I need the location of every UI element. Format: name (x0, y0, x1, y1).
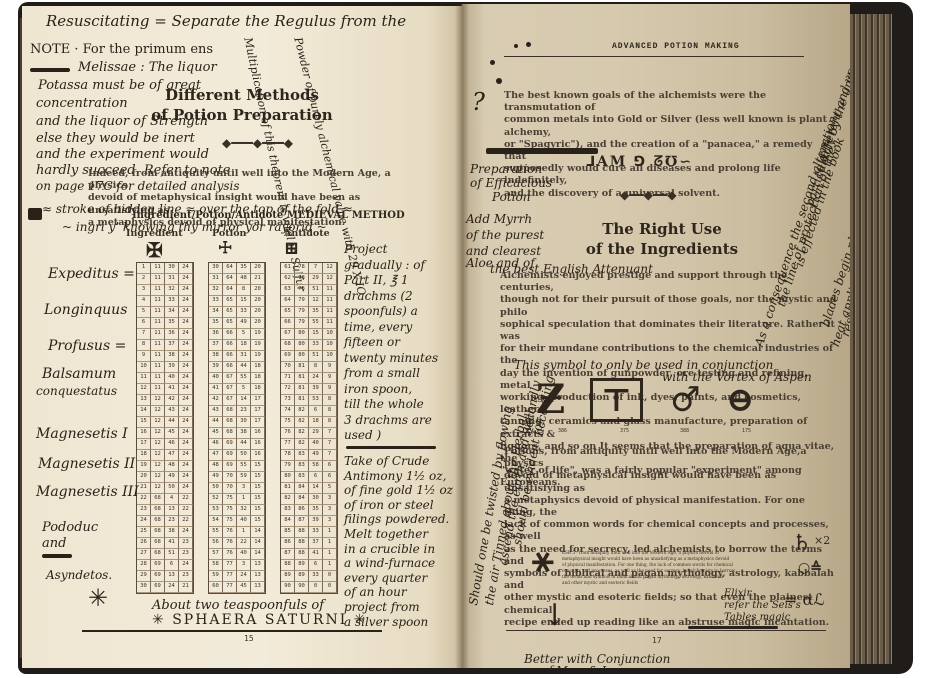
table-cell: 38 (165, 527, 179, 538)
table-cell: 19 (251, 329, 265, 340)
table-cell: 12 (151, 439, 165, 450)
table-cell: 14 (309, 483, 323, 494)
table-cell: 5 (323, 483, 337, 494)
table-cell: 15 (237, 296, 251, 307)
table-cell: 13 (165, 571, 179, 582)
potion-table: 3064352031644821326482033651520346533203… (208, 262, 266, 594)
table-cell: 65 (223, 307, 237, 318)
table-cell: 24 (179, 285, 193, 296)
table-cell: 18 (251, 384, 265, 395)
table-cell: 76 (223, 527, 237, 538)
table-cell: 67 (223, 395, 237, 406)
paragraph-line: sophical speculation that dominates thei… (500, 319, 840, 343)
table-cell: 78 (295, 285, 309, 296)
table-cell: 8 (237, 285, 251, 296)
table-cell: 50 (237, 450, 251, 461)
ink-scratch (42, 554, 72, 558)
table-cell: 84 (295, 494, 309, 505)
table-cell: 7 (323, 428, 337, 439)
table-cell: 33 (165, 296, 179, 307)
table-cell: 24 (179, 340, 193, 351)
table-cell: 18 (309, 417, 323, 428)
table-cell: 24 (179, 263, 193, 274)
table-cell: 45 (237, 582, 251, 593)
table-cell: 68 (281, 340, 295, 351)
table-cell: 48 (165, 461, 179, 472)
table-cell: 33 (309, 571, 323, 582)
table-cell: 67 (223, 384, 237, 395)
table-cell: 75 (223, 505, 237, 516)
table-cell: 20 (251, 307, 265, 318)
table-cell: 6 (323, 461, 337, 472)
table-cell: 81 (295, 373, 309, 384)
table-cell: 66 (223, 340, 237, 351)
margin-label: conquestatus (36, 384, 117, 398)
table-cell: 76 (281, 428, 295, 439)
table-cell: 85 (281, 527, 295, 538)
table-cell: 6 (165, 560, 179, 571)
table-cell: 49 (309, 450, 323, 461)
table-cell: 29 (309, 274, 323, 285)
margin-label: Profusus = (48, 338, 126, 354)
table-cell: 44 (237, 439, 251, 450)
table-cell: 75 (281, 417, 295, 428)
table-cell: 37 (165, 340, 179, 351)
right-margin-note-1: Projectgradually : ofPart II, ℥ 1drachms… (344, 242, 438, 444)
table-cell: 87 (281, 549, 295, 560)
table-cell: 25 (137, 527, 151, 538)
table-cell: 42 (165, 395, 179, 406)
table-cell: 12 (323, 263, 337, 274)
table-cell: 39 (165, 362, 179, 373)
table-cell: 1 (237, 494, 251, 505)
table-cell: 1 (137, 263, 151, 274)
table-cell: 6 (309, 472, 323, 483)
table-cell: 17 (137, 439, 151, 450)
table-cell: 31 (209, 274, 223, 285)
table-cell: 35 (209, 318, 223, 329)
table-cell: 22 (137, 494, 151, 505)
table-cell: 66 (223, 351, 237, 362)
table-cell: 32 (165, 285, 179, 296)
table-cell: 88 (295, 538, 309, 549)
table-cell: 39 (309, 384, 323, 395)
table-cell: 24 (137, 516, 151, 527)
table-cell: 77 (223, 582, 237, 593)
handwritten-line: used ) (344, 428, 438, 444)
table-cell: 1 (323, 549, 337, 560)
table-cell: 34 (209, 307, 223, 318)
handwritten-recipe-2: Take of CrudeAntimony 1½ oz,of fine gold… (344, 454, 453, 629)
page-edges-right (850, 14, 892, 664)
table-cell: 12 (151, 483, 165, 494)
table-cell: 20 (137, 472, 151, 483)
bottom-center-note: of Mars & I (542, 664, 606, 668)
table-cell: 24 (179, 406, 193, 417)
margin-label: Magnesetis II (38, 456, 135, 472)
handwritten-note: NOTE · For the primum ens (30, 42, 213, 57)
table-cell: 11 (323, 307, 337, 318)
table-cell: 9 (323, 362, 337, 373)
table-cell: 74 (281, 406, 295, 417)
table-cell: 38 (165, 351, 179, 362)
table-cell: 55 (309, 318, 323, 329)
table-cell: 53 (309, 395, 323, 406)
table-cell: 12 (151, 461, 165, 472)
table-cell: 68 (151, 505, 165, 516)
table-cell: 40 (237, 549, 251, 560)
table-cell: 68 (151, 527, 165, 538)
paragraph-line: Potions, from antiquity until well into … (504, 446, 834, 470)
table-cell: 33 (209, 296, 223, 307)
table-cell: 78 (295, 263, 309, 274)
table-cell: 68 (223, 428, 237, 439)
table-cell: 11 (137, 373, 151, 384)
table-cell: 86 (281, 538, 295, 549)
table-cell: 6 (137, 318, 151, 329)
table-cell: 24 (179, 428, 193, 439)
table-cell: 20 (251, 318, 265, 329)
table-cell: 61 (281, 263, 295, 274)
table-cell: 33 (309, 527, 323, 538)
boxed-symbol-icon: ⊤ (590, 378, 643, 422)
table-cell: 69 (151, 582, 165, 593)
table-cell: 13 (137, 395, 151, 406)
handwritten-line: Project (344, 242, 438, 258)
right-margin-note-2: Take of CrudeAntimony 1½ oz,of fine gold… (344, 454, 453, 629)
table-cell: 24 (179, 527, 193, 538)
table-cell: 6 (309, 560, 323, 571)
table-cell: 29 (309, 428, 323, 439)
table-cell: 24 (179, 472, 193, 483)
left-page: Resuscitating = Separate the Regulus fro… (22, 6, 462, 668)
table-cell: 80 (295, 340, 309, 351)
table-cell: 50 (209, 483, 223, 494)
table-cell: 1 (323, 538, 337, 549)
table-cell: 14 (137, 406, 151, 417)
handwritten-note: else they would be inert (36, 131, 195, 146)
table-cell: 84 (281, 516, 295, 527)
table-cell: 8 (323, 417, 337, 428)
table-cell: 18 (237, 340, 251, 351)
ink-blot (28, 208, 42, 220)
table-cell: 16 (251, 439, 265, 450)
table-cell: 54 (209, 516, 223, 527)
table-cell: 15 (251, 505, 265, 516)
table-cell: 71 (281, 373, 295, 384)
antidote-symbol-icon: ⊞ (284, 238, 299, 259)
table-cell: 15 (251, 516, 265, 527)
margin-label: Magnesetis I (36, 426, 128, 442)
table-cell: 69 (223, 450, 237, 461)
table-cell: 89 (295, 560, 309, 571)
handwritten-line: gradually : of (344, 258, 438, 274)
table-cell: 8 (323, 406, 337, 417)
table-cell: 39 (309, 516, 323, 527)
table-cell: 21 (137, 483, 151, 494)
table-cell: 0 (323, 571, 337, 582)
table-cell: 72 (281, 384, 295, 395)
table-cell: 3 (237, 483, 251, 494)
table-cell: 88 (295, 549, 309, 560)
left-margin-note: of Efficacious (470, 176, 552, 190)
intro-line: Indeed, from antiquity until well into t… (88, 168, 428, 192)
handwritten-line: drachms (2 (344, 289, 438, 305)
left-margin-note: of the purest (466, 228, 544, 242)
table-cell: 70 (223, 483, 237, 494)
running-head: ADVANCED POTION MAKING (612, 42, 740, 51)
table-cell: 30 (137, 582, 151, 593)
ink-scratch (486, 148, 598, 154)
book-spine-shadow (455, 4, 469, 668)
ink-spot (490, 60, 495, 65)
table-cell: 68 (223, 406, 237, 417)
table-cell: 77 (281, 439, 295, 450)
handwritten-line: Take of Crude (344, 454, 453, 469)
table-cell: 49 (165, 472, 179, 483)
table-cell: 79 (295, 307, 309, 318)
running-head-rule (504, 56, 804, 57)
vortex-symbol-icon: ⊖ (726, 380, 755, 420)
handwritten-line: every quarter (344, 571, 453, 586)
table-cell: 90 (281, 582, 295, 593)
table-cell: 30 (237, 417, 251, 428)
table-cell: 24 (179, 307, 193, 318)
table-cell: 13 (165, 505, 179, 516)
table-cell: 46 (165, 439, 179, 450)
table-cell: 66 (223, 362, 237, 373)
bottom-right-note: Tables magic (724, 612, 790, 623)
table-cell: 55 (237, 461, 251, 472)
table-cell: 32 (237, 505, 251, 516)
table-cell: 49 (237, 318, 251, 329)
table-cell: 27 (137, 549, 151, 560)
right-page: ADVANCED POTION MAKING ? The best known … (462, 4, 850, 668)
arrow-symbol-icon: ♂ (670, 380, 700, 420)
handwritten-line: 3 drachms are (344, 413, 438, 429)
table-cell: 22 (237, 538, 251, 549)
paragraph-line: devoid of metaphysical insight would hav… (504, 470, 834, 494)
handwritten-note: and the experiment would (36, 147, 209, 162)
table-cell: 7 (309, 263, 323, 274)
table-cell: 18 (251, 362, 265, 373)
table-cell: 75 (223, 494, 237, 505)
paragraph-line: a metaphysics devoid of physical manifes… (504, 495, 834, 519)
table-cell: 12 (151, 428, 165, 439)
table-cell: 87 (295, 516, 309, 527)
table-cell: 24 (179, 384, 193, 395)
table-cell: 35 (165, 318, 179, 329)
handwritten-line: in a crucible in (344, 542, 453, 557)
handwritten-line: Antimony 1½ oz, (344, 469, 453, 484)
table-cell: 1 (323, 527, 337, 538)
table-cell: 69 (223, 461, 237, 472)
table-cell: 50 (165, 483, 179, 494)
table-cell: 11 (151, 362, 165, 373)
margin-label: Expeditus = (48, 266, 135, 282)
alchemical-symbol-row: ⅃AM ⅁ ᘔ℧∽ (586, 154, 693, 170)
intro-paragraph: The best known goals of the alchemists w… (504, 90, 834, 200)
table-cell: 64 (281, 296, 295, 307)
table-cell: 31 (237, 351, 251, 362)
table-cell: 9 (323, 384, 337, 395)
table-cell: 15 (309, 329, 323, 340)
table-cell: 19 (251, 340, 265, 351)
table-cell: 21 (251, 274, 265, 285)
table-cell: 77 (223, 571, 237, 582)
table-cell: 0 (323, 582, 337, 593)
sphaera-saturni-label: SPHAERA SATURNI (172, 612, 347, 628)
table-cell: 83 (295, 461, 309, 472)
table-cell: 10 (323, 351, 337, 362)
table-cell: 80 (295, 351, 309, 362)
section-title-line1: The Right Use (582, 220, 742, 238)
ink-spot (526, 42, 531, 47)
table-cell: 69 (281, 351, 295, 362)
paragraph-line: common metals into Gold or Silver (less … (504, 114, 834, 138)
table-cell: 12 (323, 274, 337, 285)
table-cell: 23 (165, 516, 179, 527)
table-cell: 40 (165, 373, 179, 384)
table-cell: 11 (151, 263, 165, 274)
table-cell: 26 (137, 538, 151, 549)
table-cell: 40 (309, 439, 323, 450)
table-cell: 41 (165, 384, 179, 395)
table-cell: 24 (179, 560, 193, 571)
table-cell: 86 (295, 505, 309, 516)
table-cell: 24 (179, 461, 193, 472)
table-cell: 16 (251, 428, 265, 439)
star-icon: ✳ (152, 612, 172, 628)
handwritten-line: of an hour (344, 585, 453, 600)
symbol-caption: 388 (680, 428, 689, 434)
bottom-right-note: Elixir (724, 588, 751, 599)
table-cell: 41 (309, 549, 323, 560)
table-cell: 24 (179, 483, 193, 494)
table-cell: 3 (323, 516, 337, 527)
table-cell: 82 (281, 494, 295, 505)
chapter-title-line1: Different Methods (157, 86, 327, 104)
table-cell: 81 (295, 395, 309, 406)
table-cell: 24 (179, 296, 193, 307)
table-cell: 11 (151, 351, 165, 362)
table-cell: 67 (281, 329, 295, 340)
table-cell: 11 (151, 285, 165, 296)
table-cell: 6 (323, 472, 337, 483)
section-title-line2: of the Ingredients (562, 240, 762, 258)
handwritten-line: Melt together (344, 527, 453, 542)
table-cell: 24 (179, 417, 193, 428)
table-cell: 59 (237, 472, 251, 483)
table-cell: 24 (179, 274, 193, 285)
table-cell: 52 (209, 494, 223, 505)
handwritten-line: filings powdered. (344, 512, 453, 527)
table-cell: 19 (137, 461, 151, 472)
table-cell: 82 (295, 428, 309, 439)
table-cell: 40 (237, 516, 251, 527)
table-cell: 88 (295, 527, 309, 538)
table-cell: 79 (295, 318, 309, 329)
table-cell: 45 (165, 428, 179, 439)
table-cell: 7 (137, 329, 151, 340)
table-cell: 48 (237, 274, 251, 285)
table-cell: 8 (309, 362, 323, 373)
table-cell: 38 (237, 428, 251, 439)
paragraph-line: The best known goals of the alchemists w… (504, 90, 834, 114)
ink-spot (496, 78, 502, 84)
handwritten-note: concentration (36, 96, 128, 111)
table-cell: 24 (179, 318, 193, 329)
table-cell: 41 (209, 384, 223, 395)
table-cell: 33 (309, 340, 323, 351)
table-cell: 83 (295, 450, 309, 461)
table-cell: 24 (179, 439, 193, 450)
table-cell: 3 (137, 285, 151, 296)
table-cell: 82 (295, 439, 309, 450)
footnote-line: and other mystic and esoteric fields (562, 580, 752, 586)
table-cell: 37 (309, 538, 323, 549)
table-cell: 43 (165, 406, 179, 417)
table-cell: 13 (251, 560, 265, 571)
table-cell: 36 (209, 329, 223, 340)
table-cell: 65 (223, 318, 237, 329)
table-cell: 16 (251, 450, 265, 461)
table-cell: 17 (251, 406, 265, 417)
handwritten-bottom-title: ✳ SPHAERA SATURNI ✳ (152, 612, 367, 628)
table-cell: 70 (223, 472, 237, 483)
table-cell: 4 (137, 296, 151, 307)
table-cell: 14 (251, 538, 265, 549)
table-cell: 69 (223, 439, 237, 450)
table-cell: 14 (251, 527, 265, 538)
table-cell: 10 (137, 362, 151, 373)
table-cell: 58 (209, 560, 223, 571)
table-cell: 47 (165, 450, 179, 461)
table-cell: 12 (151, 395, 165, 406)
table-cell: 24 (179, 373, 193, 384)
table-cell: 13 (251, 571, 265, 582)
table-cell: 44 (209, 417, 223, 428)
ornament-divider: ◆━━━◆━━━◆ (222, 136, 293, 150)
table-cell: 81 (281, 483, 295, 494)
cross-icon: ✠ (146, 238, 163, 262)
table-cell: 18 (251, 373, 265, 384)
handwritten-note-top: Resuscitating = Separate the Regulus fro… (46, 12, 406, 30)
table-cell: 10 (323, 340, 337, 351)
table-cell: 76 (223, 538, 237, 549)
table-cell: 28 (137, 560, 151, 571)
table-cell: 68 (151, 538, 165, 549)
table-cell: 21 (179, 582, 193, 593)
table-cell: 80 (281, 472, 295, 483)
table-cell: 33 (237, 307, 251, 318)
bottom-right-note: refer the Seis's (724, 600, 801, 611)
table-cell: 13 (251, 582, 265, 593)
table-cell: 24 (309, 373, 323, 384)
margin-label: Pododuc (42, 520, 98, 535)
table-cell: 23 (179, 538, 193, 549)
footnote: ESR 5 · from antiquity until well into t… (562, 550, 752, 586)
table-cell: 1 (323, 560, 337, 571)
handwritten-line: of fine gold 1½ oz (344, 483, 453, 498)
table-cell: 15 (137, 417, 151, 428)
table-cell: 51 (165, 549, 179, 560)
page-number: 17 (652, 636, 662, 645)
table-cell: 68 (151, 549, 165, 560)
table-cell: 64 (223, 263, 237, 274)
table-cell: 16 (137, 428, 151, 439)
down-arrow-icon: ↓ (542, 598, 567, 633)
